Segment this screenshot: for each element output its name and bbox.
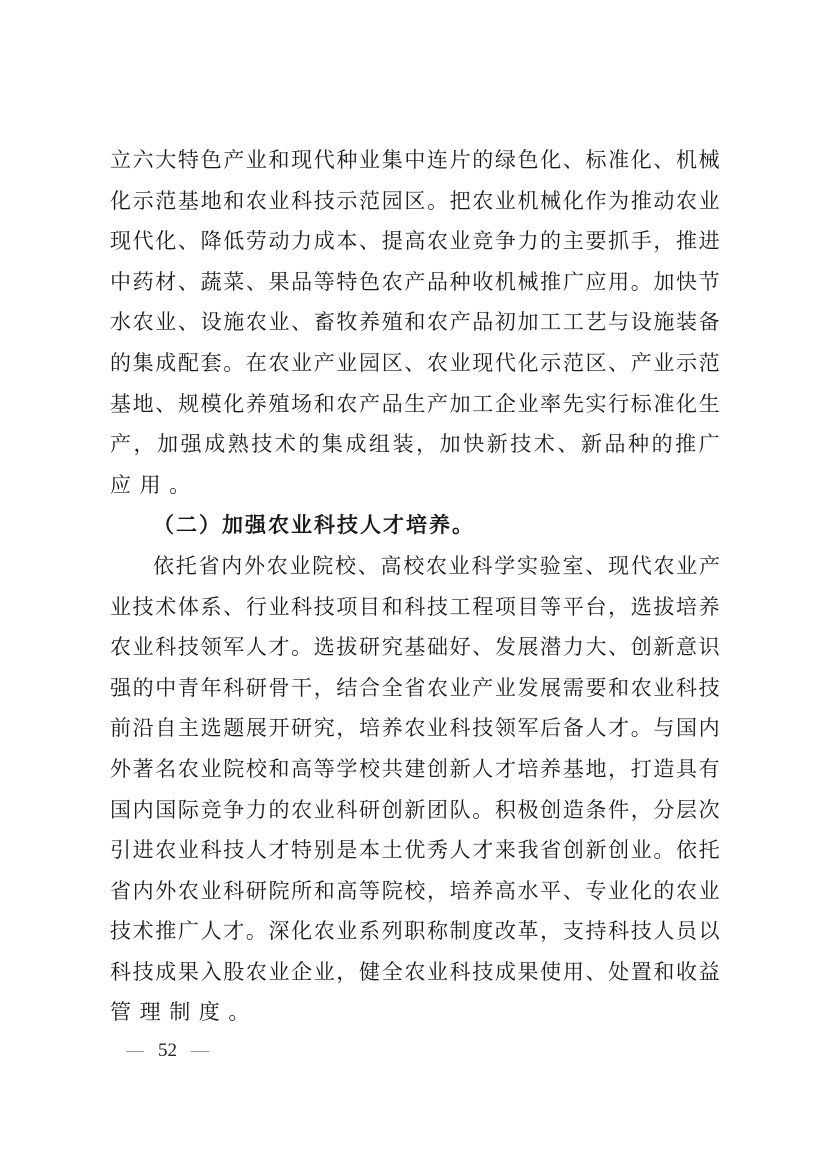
paragraph: 立六大特色产业和现代种业集中连片的绿色化、标准化、机械化示范基地和农业科技示范园… [110,140,720,505]
text-line: 应用。 [110,465,720,506]
section-heading: （二）加强农业科技人才培养。 [110,505,720,546]
text-line: 强的中青年科研骨干，结合全省农业产业发展需要和农业科技 [110,668,720,709]
text-line: 水农业、设施农业、畜牧养殖和农产品初加工工艺与设施装备 [110,302,720,343]
text-line: 管理制度。 [110,992,720,1033]
page-number-dash-left [126,1051,144,1052]
text-line: 外著名农业院校和高等学校共建创新人才培养基地，打造具有 [110,749,720,790]
paragraph: 依托省内外农业院校、高校农业科学实验室、现代农业产业技术体系、行业科技项目和科技… [110,546,720,1033]
text-line: 农业科技领军人才。选拔研究基础好、发展潜力大、创新意识 [110,627,720,668]
page-number-dash-right [191,1051,209,1052]
text-line: 的集成配套。在农业产业园区、农业现代化示范区、产业示范 [110,343,720,384]
page-number-footer: 52 [126,1040,209,1062]
text-line: 立六大特色产业和现代种业集中连片的绿色化、标准化、机械 [110,140,720,181]
text-line: 化示范基地和农业科技示范园区。把农业机械化作为推动农业 [110,181,720,222]
text-line: 前沿自主选题展开研究，培养农业科技领军后备人才。与国内 [110,708,720,749]
text-line: 基地、规模化养殖场和农产品生产加工企业率先实行标准化生 [110,384,720,425]
text-line: 现代化、降低劳动力成本、提高农业竞争力的主要抓手，推进 [110,221,720,262]
text-line: 引进农业科技人才特别是本土优秀人才来我省创新创业。依托 [110,830,720,871]
text-line: 产，加强成熟技术的集成组装，加快新技术、新品种的推广 [110,424,720,465]
text-line: 业技术体系、行业科技项目和科技工程项目等平台，选拔培养 [110,587,720,628]
text-line: 依托省内外农业院校、高校农业科学实验室、现代农业产 [110,546,720,587]
page-number: 52 [158,1040,177,1062]
text-line: 国内国际竞争力的农业科研创新团队。积极创造条件，分层次 [110,790,720,831]
text-line: 技术推广人才。深化农业系列职称制度改革，支持科技人员以 [110,911,720,952]
text-line: 中药材、蔬菜、果品等特色农产品种收机械推广应用。加快节 [110,262,720,303]
text-line: 科技成果入股农业企业，健全农业科技成果使用、处置和收益 [110,952,720,993]
text-line: 省内外农业科研院所和高等院校，培养高水平、专业化的农业 [110,871,720,912]
heading-line: （二）加强农业科技人才培养。 [110,505,720,546]
document-body: 立六大特色产业和现代种业集中连片的绿色化、标准化、机械化示范基地和农业科技示范园… [110,140,720,1033]
document-page: 立六大特色产业和现代种业集中连片的绿色化、标准化、机械化示范基地和农业科技示范园… [0,0,826,1169]
